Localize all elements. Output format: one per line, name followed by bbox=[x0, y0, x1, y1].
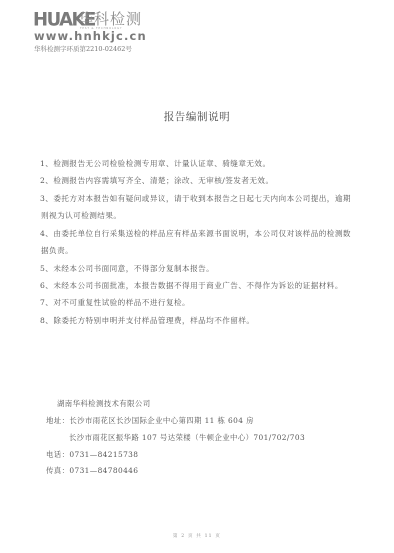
list-item: 1、检测报告无公司检验检测专用章、计量认证章、骑缝章无效。 bbox=[40, 159, 271, 169]
list-item: 3、委托方对本报告如有疑问或异议，请于收到本报告之日起七天内向本公司提出，逾期 bbox=[40, 194, 351, 204]
list-item: 4、由委托单位自行采集送检的样品应有样品来源书面说明，本公司仅对该样品的检测数 bbox=[40, 229, 351, 239]
company-name: 湖南华科检测技术有限公司 bbox=[57, 399, 151, 409]
item-text: 未经本公司书面批准，本报告数据不得用于商业广告、不得作为诉讼的证据材料。 bbox=[53, 281, 343, 290]
phone-value: 0731—84215738 bbox=[69, 450, 138, 459]
list-item: 7、对不可重复性试验的样品不进行复检。 bbox=[40, 298, 190, 308]
list-item: 2、检测报告内容需填写齐全、清楚；涂改、无审核/签发者无效。 bbox=[40, 176, 274, 186]
page-title: 报告编制说明 bbox=[0, 110, 394, 124]
item-number: 8、 bbox=[40, 316, 53, 325]
item-number: 7、 bbox=[40, 298, 53, 307]
list-item: 5、未经本公司书面同意，不得部分复制本报告。 bbox=[40, 264, 214, 274]
fax-label: 传真： bbox=[46, 466, 69, 475]
item-text: 由委托单位自行采集送检的样品应有样品来源书面说明，本公司仅对该样品的检测数 bbox=[53, 229, 351, 238]
item-text: 检测报告无公司检验检测专用章、计量认证章、骑缝章无效。 bbox=[53, 159, 270, 168]
website-url: www.hnhkjc.cn bbox=[34, 30, 147, 43]
item-number: 2、 bbox=[40, 176, 53, 185]
fax-value: 0731—84780446 bbox=[69, 466, 138, 475]
address-line-1: 地址：长沙市雨花区长沙国际企业中心第四期 11 栋 604 房 bbox=[46, 416, 254, 426]
address-line-2: 长沙市雨花区振华路 107 号达荣楼（牛顿企业中心）701/702/703 bbox=[69, 433, 305, 443]
item-number: 4、 bbox=[40, 229, 53, 238]
item-text: 未经本公司书面同意，不得部分复制本报告。 bbox=[53, 264, 214, 273]
list-item-continuation: 据负责。 bbox=[41, 246, 73, 256]
address-value: 长沙市雨花区长沙国际企业中心第四期 11 栋 604 房 bbox=[69, 416, 254, 425]
phone-line: 电话：0731—84215738 bbox=[46, 450, 138, 460]
certificate-number: 华科检测字环质第2210-02462号 bbox=[34, 45, 132, 53]
fax-line: 传真：0731—84780446 bbox=[46, 466, 138, 476]
item-text: 对不可重复性试验的样品不进行复检。 bbox=[53, 298, 190, 307]
logo-chinese: 华科检测 bbox=[78, 10, 142, 28]
page-indicator: 第 2 页 共 11 页 bbox=[0, 534, 394, 540]
list-item-continuation: 则视为认可检测结果。 bbox=[41, 211, 121, 221]
item-number: 6、 bbox=[40, 281, 53, 290]
list-item: 6、未经本公司书面批准，本报告数据不得用于商业广告、不得作为诉讼的证据材料。 bbox=[40, 281, 343, 291]
item-text: 除委托方特别申明并支付样品管理费，样品均不作留样。 bbox=[53, 316, 254, 325]
item-number: 1、 bbox=[40, 159, 53, 168]
item-text: 委托方对本报告如有疑问或异议，请于收到本报告之日起七天内向本公司提出，逾期 bbox=[53, 194, 351, 203]
address-label: 地址： bbox=[46, 416, 69, 425]
item-number: 5、 bbox=[40, 264, 53, 273]
phone-label: 电话： bbox=[46, 450, 69, 459]
list-item: 8、除委托方特别申明并支付样品管理费，样品均不作留样。 bbox=[40, 316, 254, 326]
item-number: 3、 bbox=[40, 194, 53, 203]
item-text: 检测报告内容需填写齐全、清楚；涂改、无审核/签发者无效。 bbox=[53, 176, 273, 185]
